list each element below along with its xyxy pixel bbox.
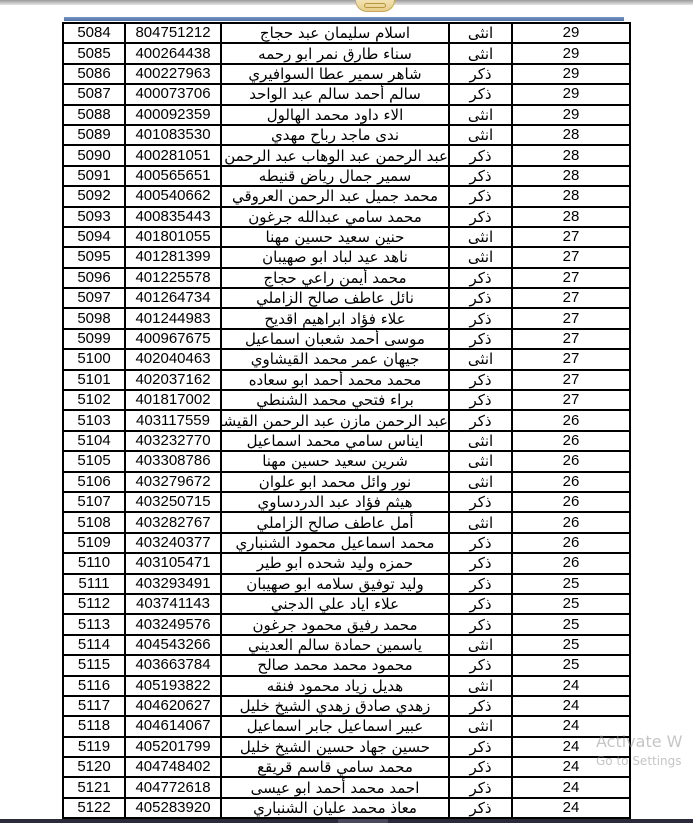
- id-number-cell: 400565651: [125, 166, 221, 186]
- name-cell: حمزه وليد شحده ابو طير: [221, 553, 449, 573]
- gender-cell: ذكر: [449, 655, 512, 675]
- id-number-cell: 400835443: [125, 207, 221, 227]
- seq-cell: 5086: [63, 64, 125, 84]
- name-cell: عبير اسماعيل جابر اسماعيل: [221, 716, 449, 736]
- age-cell: 24: [512, 676, 630, 696]
- name-cell: محمد أيمن راعي حجاج: [221, 268, 449, 288]
- table-row: 5115403663784محمود محمد محمد صالحذكر25: [63, 655, 630, 675]
- table-row: 5100402040463جيهان عمر محمد القيشاويانثى…: [63, 349, 630, 369]
- age-cell: 29: [512, 43, 630, 63]
- seq-cell: 5093: [63, 207, 125, 227]
- age-cell: 26: [512, 492, 630, 512]
- seq-cell: 5094: [63, 227, 125, 247]
- seq-cell: 5115: [63, 655, 125, 675]
- id-number-cell: 404614067: [125, 716, 221, 736]
- seq-cell: 5113: [63, 614, 125, 634]
- table-row: 5112403741143علاء اياد علي الدجنيذكر25: [63, 594, 630, 614]
- id-number-cell: 404543266: [125, 635, 221, 655]
- age-cell: 29: [512, 105, 630, 125]
- age-cell: 27: [512, 227, 630, 247]
- name-cell: ندى ماجد رباح مهدي: [221, 125, 449, 145]
- seq-cell: 5090: [63, 145, 125, 165]
- age-cell: 27: [512, 247, 630, 267]
- seq-cell: 5114: [63, 635, 125, 655]
- id-number-cell: 400092359: [125, 105, 221, 125]
- seq-cell: 5119: [63, 737, 125, 757]
- name-cell: ياسمين حمادة سالم العديني: [221, 635, 449, 655]
- id-number-cell: 403232770: [125, 431, 221, 451]
- table-row: 5084804751212اسلام سليمان عبد حجاجانثى29: [63, 23, 630, 43]
- gender-cell: ذكر: [449, 492, 512, 512]
- id-number-cell: 404772618: [125, 777, 221, 797]
- seq-cell: 5108: [63, 512, 125, 532]
- seq-cell: 5120: [63, 757, 125, 777]
- table-row: 5105403308786شرين سعيد حسين مهناانثى26: [63, 451, 630, 471]
- name-cell: علاء اياد علي الدجني: [221, 594, 449, 614]
- age-cell: 27: [512, 390, 630, 410]
- age-cell: 28: [512, 125, 630, 145]
- id-number-cell: 403282767: [125, 512, 221, 532]
- age-cell: 26: [512, 410, 630, 430]
- id-number-cell: 403105471: [125, 553, 221, 573]
- window-top-edge: [0, 0, 693, 5]
- seq-cell: 5091: [63, 166, 125, 186]
- id-number-cell: 403308786: [125, 451, 221, 471]
- logo-emblem-icon: [355, 0, 395, 12]
- age-cell: 26: [512, 512, 630, 532]
- table-row: 5116405193822هديل زياد محمود فنقهانثى24: [63, 676, 630, 696]
- name-cell: عبد الرحمن عبد الوهاب عبد الرحمن عزيز: [221, 145, 449, 165]
- gender-cell: انثى: [449, 676, 512, 696]
- age-cell: 29: [512, 23, 630, 43]
- id-number-cell: 405283920: [125, 798, 221, 818]
- name-cell: سناء طارق نمر ابو رحمه: [221, 43, 449, 63]
- gender-cell: ذكر: [449, 390, 512, 410]
- seq-cell: 5084: [63, 23, 125, 43]
- name-cell: سمير جمال رياض قنيطه: [221, 166, 449, 186]
- age-cell: 24: [512, 798, 630, 818]
- seq-cell: 5101: [63, 370, 125, 390]
- age-cell: 29: [512, 84, 630, 104]
- table-row: 5111403293491وليد توفيق سلامه ابو صهيبان…: [63, 574, 630, 594]
- gender-cell: ذكر: [449, 288, 512, 308]
- seq-cell: 5092: [63, 186, 125, 206]
- seq-cell: 5103: [63, 410, 125, 430]
- seq-cell: 5107: [63, 492, 125, 512]
- age-cell: 25: [512, 594, 630, 614]
- id-number-cell: 405193822: [125, 676, 221, 696]
- gender-cell: ذكر: [449, 533, 512, 553]
- table-row: 5121404772618احمد محمد أحمد ابو عيسىذكر2…: [63, 777, 630, 797]
- id-number-cell: 404748402: [125, 757, 221, 777]
- gender-cell: ذكر: [449, 145, 512, 165]
- name-cell: علاء فؤاد ابراهيم اقديح: [221, 308, 449, 328]
- seq-cell: 5095: [63, 247, 125, 267]
- name-cell: حنين سعيد حسين مهنا: [221, 227, 449, 247]
- gender-cell: انثى: [449, 125, 512, 145]
- gender-cell: انثى: [449, 105, 512, 125]
- id-number-cell: 402037162: [125, 370, 221, 390]
- name-cell: نور وائل محمد ابو علوان: [221, 472, 449, 492]
- table-row: 5120404748402محمد سامي قاسم قريقعذكر24: [63, 757, 630, 777]
- gender-cell: ذكر: [449, 737, 512, 757]
- table-row: 5089401083530ندى ماجد رباح مهديانثى28: [63, 125, 630, 145]
- name-cell: احمد محمد أحمد ابو عيسى: [221, 777, 449, 797]
- gender-cell: انثى: [449, 716, 512, 736]
- name-cell: محمد اسماعيل محمود الشنباري: [221, 533, 449, 553]
- table-row: 5103403117559عبد الرحمن مازن عبد الرحمن …: [63, 410, 630, 430]
- watermark-line2: Go to Settings: [596, 754, 682, 768]
- age-cell: 27: [512, 268, 630, 288]
- table-row: 5097401264734نائل عاطف صالح الزامليذكر27: [63, 288, 630, 308]
- gender-cell: ذكر: [449, 166, 512, 186]
- seq-cell: 5111: [63, 574, 125, 594]
- gender-cell: انثى: [449, 472, 512, 492]
- name-cell: براء فتحي محمد الشنطي: [221, 390, 449, 410]
- name-cell: معاذ محمد عليان الشنباري: [221, 798, 449, 818]
- gender-cell: ذكر: [449, 553, 512, 573]
- name-cell: الاء داود محمد الهالول: [221, 105, 449, 125]
- name-cell: شاهر سمير عطا السوافيري: [221, 64, 449, 84]
- table-row: 5085400264438سناء طارق نمر ابو رحمهانثى2…: [63, 43, 630, 63]
- gender-cell: ذكر: [449, 370, 512, 390]
- seq-cell: 5087: [63, 84, 125, 104]
- id-number-cell: 400264438: [125, 43, 221, 63]
- gender-cell: ذكر: [449, 798, 512, 818]
- id-number-cell: 401801055: [125, 227, 221, 247]
- gender-cell: ذكر: [449, 308, 512, 328]
- name-cell: ايناس سامي محمد اسماعيل: [221, 431, 449, 451]
- id-number-cell: 401817002: [125, 390, 221, 410]
- seq-cell: 5100: [63, 349, 125, 369]
- activate-windows-watermark: Activate W Go to Settings: [596, 732, 682, 768]
- gender-cell: انثى: [449, 43, 512, 63]
- id-number-cell: 400227963: [125, 64, 221, 84]
- gender-cell: ذكر: [449, 329, 512, 349]
- age-cell: 26: [512, 472, 630, 492]
- table-row: 5101402037162محمد محمد أحمد ابو سعادهذكر…: [63, 370, 630, 390]
- age-cell: 28: [512, 207, 630, 227]
- table-row: 5110403105471حمزه وليد شحده ابو طيرذكر26: [63, 553, 630, 573]
- seq-cell: 5104: [63, 431, 125, 451]
- age-cell: 27: [512, 349, 630, 369]
- seq-cell: 5112: [63, 594, 125, 614]
- gender-cell: انثى: [449, 451, 512, 471]
- beneficiaries-table: 5084804751212اسلام سليمان عبد حجاجانثى29…: [62, 22, 631, 819]
- age-cell: 29: [512, 64, 630, 84]
- id-number-cell: 400967675: [125, 329, 221, 349]
- table-row: 5117404620627زهدي صادق زهدي الشيخ خليلذك…: [63, 696, 630, 716]
- name-cell: سالم أحمد سالم عبد الواحد: [221, 84, 449, 104]
- seq-cell: 5117: [63, 696, 125, 716]
- seq-cell: 5088: [63, 105, 125, 125]
- id-number-cell: 403249576: [125, 614, 221, 634]
- seq-cell: 5089: [63, 125, 125, 145]
- taskbar-button[interactable]: [338, 819, 388, 823]
- id-number-cell: 400540662: [125, 186, 221, 206]
- id-number-cell: 403663784: [125, 655, 221, 675]
- table-row: 5114404543266ياسمين حمادة سالم العدينيان…: [63, 635, 630, 655]
- name-cell: شرين سعيد حسين مهنا: [221, 451, 449, 471]
- id-number-cell: 403240377: [125, 533, 221, 553]
- gender-cell: انثى: [449, 512, 512, 532]
- gender-cell: ذكر: [449, 268, 512, 288]
- id-number-cell: 403279672: [125, 472, 221, 492]
- name-cell: وليد توفيق سلامه ابو صهيبان: [221, 574, 449, 594]
- table-row: 5113403249576محمد رفيق محمود جرغونذكر25: [63, 614, 630, 634]
- table-body: 5084804751212اسلام سليمان عبد حجاجانثى29…: [63, 23, 630, 818]
- id-number-cell: 401244983: [125, 308, 221, 328]
- table-row: 5094401801055حنين سعيد حسين مهناانثى27: [63, 227, 630, 247]
- gender-cell: ذكر: [449, 410, 512, 430]
- gender-cell: ذكر: [449, 207, 512, 227]
- gender-cell: انثى: [449, 23, 512, 43]
- gender-cell: ذكر: [449, 696, 512, 716]
- seq-cell: 5106: [63, 472, 125, 492]
- gender-cell: ذكر: [449, 594, 512, 614]
- id-number-cell: 804751212: [125, 23, 221, 43]
- gender-cell: ذكر: [449, 614, 512, 634]
- id-number-cell: 401281399: [125, 247, 221, 267]
- age-cell: 24: [512, 777, 630, 797]
- table-row: 5099400967675موسى أحمد شعبان اسماعيلذكر2…: [63, 329, 630, 349]
- table-row: 5096401225578محمد أيمن راعي حجاجذكر27: [63, 268, 630, 288]
- gender-cell: انثى: [449, 635, 512, 655]
- table-row: 5086400227963شاهر سمير عطا السوافيريذكر2…: [63, 64, 630, 84]
- age-cell: 27: [512, 308, 630, 328]
- age-cell: 26: [512, 553, 630, 573]
- id-number-cell: 401225578: [125, 268, 221, 288]
- watermark-line1: Activate W: [596, 732, 682, 751]
- name-cell: زهدي صادق زهدي الشيخ خليل: [221, 696, 449, 716]
- gender-cell: انثى: [449, 227, 512, 247]
- id-number-cell: 403293491: [125, 574, 221, 594]
- name-cell: محمد جميل عبد الرحمن العروقي: [221, 186, 449, 206]
- table-row: 5106403279672نور وائل محمد ابو علوانانثى…: [63, 472, 630, 492]
- name-cell: جيهان عمر محمد القيشاوي: [221, 349, 449, 369]
- name-cell: محمد محمد أحمد ابو سعاده: [221, 370, 449, 390]
- table-row: 5091400565651سمير جمال رياض قنيطهذكر28: [63, 166, 630, 186]
- table-row: 5098401244983علاء فؤاد ابراهيم اقديحذكر2…: [63, 308, 630, 328]
- gender-cell: ذكر: [449, 777, 512, 797]
- logo-inner: [364, 3, 386, 8]
- gender-cell: ذكر: [449, 574, 512, 594]
- seq-cell: 5105: [63, 451, 125, 471]
- table-row: 5104403232770ايناس سامي محمد اسماعيلانثى…: [63, 431, 630, 451]
- gender-cell: انثى: [449, 431, 512, 451]
- seq-cell: 5096: [63, 268, 125, 288]
- table-row: 5119405201799حسين جهاد حسين الشيخ خليلذك…: [63, 737, 630, 757]
- name-cell: محمد سامي عبدالله جرغون: [221, 207, 449, 227]
- id-number-cell: 403250715: [125, 492, 221, 512]
- id-number-cell: 401083530: [125, 125, 221, 145]
- table-row: 5122405283920معاذ محمد عليان الشنباريذكر…: [63, 798, 630, 818]
- id-number-cell: 403117559: [125, 410, 221, 430]
- table-row: 5095401281399ناهد عيد لباد ابو صهيبانانث…: [63, 247, 630, 267]
- name-cell: محمد رفيق محمود جرغون: [221, 614, 449, 634]
- gender-cell: انثى: [449, 247, 512, 267]
- age-cell: 25: [512, 655, 630, 675]
- name-cell: موسى أحمد شعبان اسماعيل: [221, 329, 449, 349]
- table-row: 5118404614067عبير اسماعيل جابر اسماعيلان…: [63, 716, 630, 736]
- id-number-cell: 402040463: [125, 349, 221, 369]
- seq-cell: 5102: [63, 390, 125, 410]
- id-number-cell: 401264734: [125, 288, 221, 308]
- seq-cell: 5098: [63, 308, 125, 328]
- gender-cell: ذكر: [449, 186, 512, 206]
- seq-cell: 5109: [63, 533, 125, 553]
- age-cell: 25: [512, 614, 630, 634]
- gender-cell: انثى: [449, 349, 512, 369]
- table-row: 5108403282767أمل عاطف صالح الزامليانثى26: [63, 512, 630, 532]
- age-cell: 27: [512, 329, 630, 349]
- age-cell: 26: [512, 431, 630, 451]
- name-cell: هديل زياد محمود فنقه: [221, 676, 449, 696]
- seq-cell: 5085: [63, 43, 125, 63]
- name-cell: ناهد عيد لباد ابو صهيبان: [221, 247, 449, 267]
- age-cell: 27: [512, 370, 630, 390]
- age-cell: 28: [512, 145, 630, 165]
- name-cell: أمل عاطف صالح الزاملي: [221, 512, 449, 532]
- table-row: 5102401817002براء فتحي محمد الشنطيذكر27: [63, 390, 630, 410]
- gender-cell: ذكر: [449, 84, 512, 104]
- age-cell: 26: [512, 533, 630, 553]
- table-row: 5090400281051عبد الرحمن عبد الوهاب عبد ا…: [63, 145, 630, 165]
- name-cell: هيثم فؤاد عبد الدردساوي: [221, 492, 449, 512]
- table-row: 5092400540662محمد جميل عبد الرحمن العروق…: [63, 186, 630, 206]
- age-cell: 27: [512, 288, 630, 308]
- id-number-cell: 404620627: [125, 696, 221, 716]
- name-cell: حسين جهاد حسين الشيخ خليل: [221, 737, 449, 757]
- table-row: 5093400835443محمد سامي عبدالله جرغونذكر2…: [63, 207, 630, 227]
- gender-cell: ذكر: [449, 757, 512, 777]
- age-cell: 24: [512, 696, 630, 716]
- table-row: 5107403250715هيثم فؤاد عبد الدردساويذكر2…: [63, 492, 630, 512]
- id-number-cell: 405201799: [125, 737, 221, 757]
- name-cell: محمد سامي قاسم قريقع: [221, 757, 449, 777]
- seq-cell: 5122: [63, 798, 125, 818]
- table-row: 5087400073706سالم أحمد سالم عبد الواحدذك…: [63, 84, 630, 104]
- id-number-cell: 403741143: [125, 594, 221, 614]
- seq-cell: 5099: [63, 329, 125, 349]
- age-cell: 25: [512, 635, 630, 655]
- age-cell: 28: [512, 166, 630, 186]
- name-cell: اسلام سليمان عبد حجاج: [221, 23, 449, 43]
- id-number-cell: 400281051: [125, 145, 221, 165]
- seq-cell: 5097: [63, 288, 125, 308]
- gender-cell: ذكر: [449, 64, 512, 84]
- seq-cell: 5116: [63, 676, 125, 696]
- table-row: 5088400092359الاء داود محمد الهالولانثى2…: [63, 105, 630, 125]
- taskbar: [0, 819, 693, 823]
- header-rule: [64, 17, 624, 21]
- table-row: 5109403240377محمد اسماعيل محمود الشنباري…: [63, 533, 630, 553]
- age-cell: 28: [512, 186, 630, 206]
- name-cell: نائل عاطف صالح الزاملي: [221, 288, 449, 308]
- age-cell: 25: [512, 574, 630, 594]
- name-cell: عبد الرحمن مازن عبد الرحمن القيشاوي: [221, 410, 449, 430]
- seq-cell: 5110: [63, 553, 125, 573]
- age-cell: 26: [512, 451, 630, 471]
- id-number-cell: 400073706: [125, 84, 221, 104]
- name-cell: محمود محمد محمد صالح: [221, 655, 449, 675]
- seq-cell: 5118: [63, 716, 125, 736]
- seq-cell: 5121: [63, 777, 125, 797]
